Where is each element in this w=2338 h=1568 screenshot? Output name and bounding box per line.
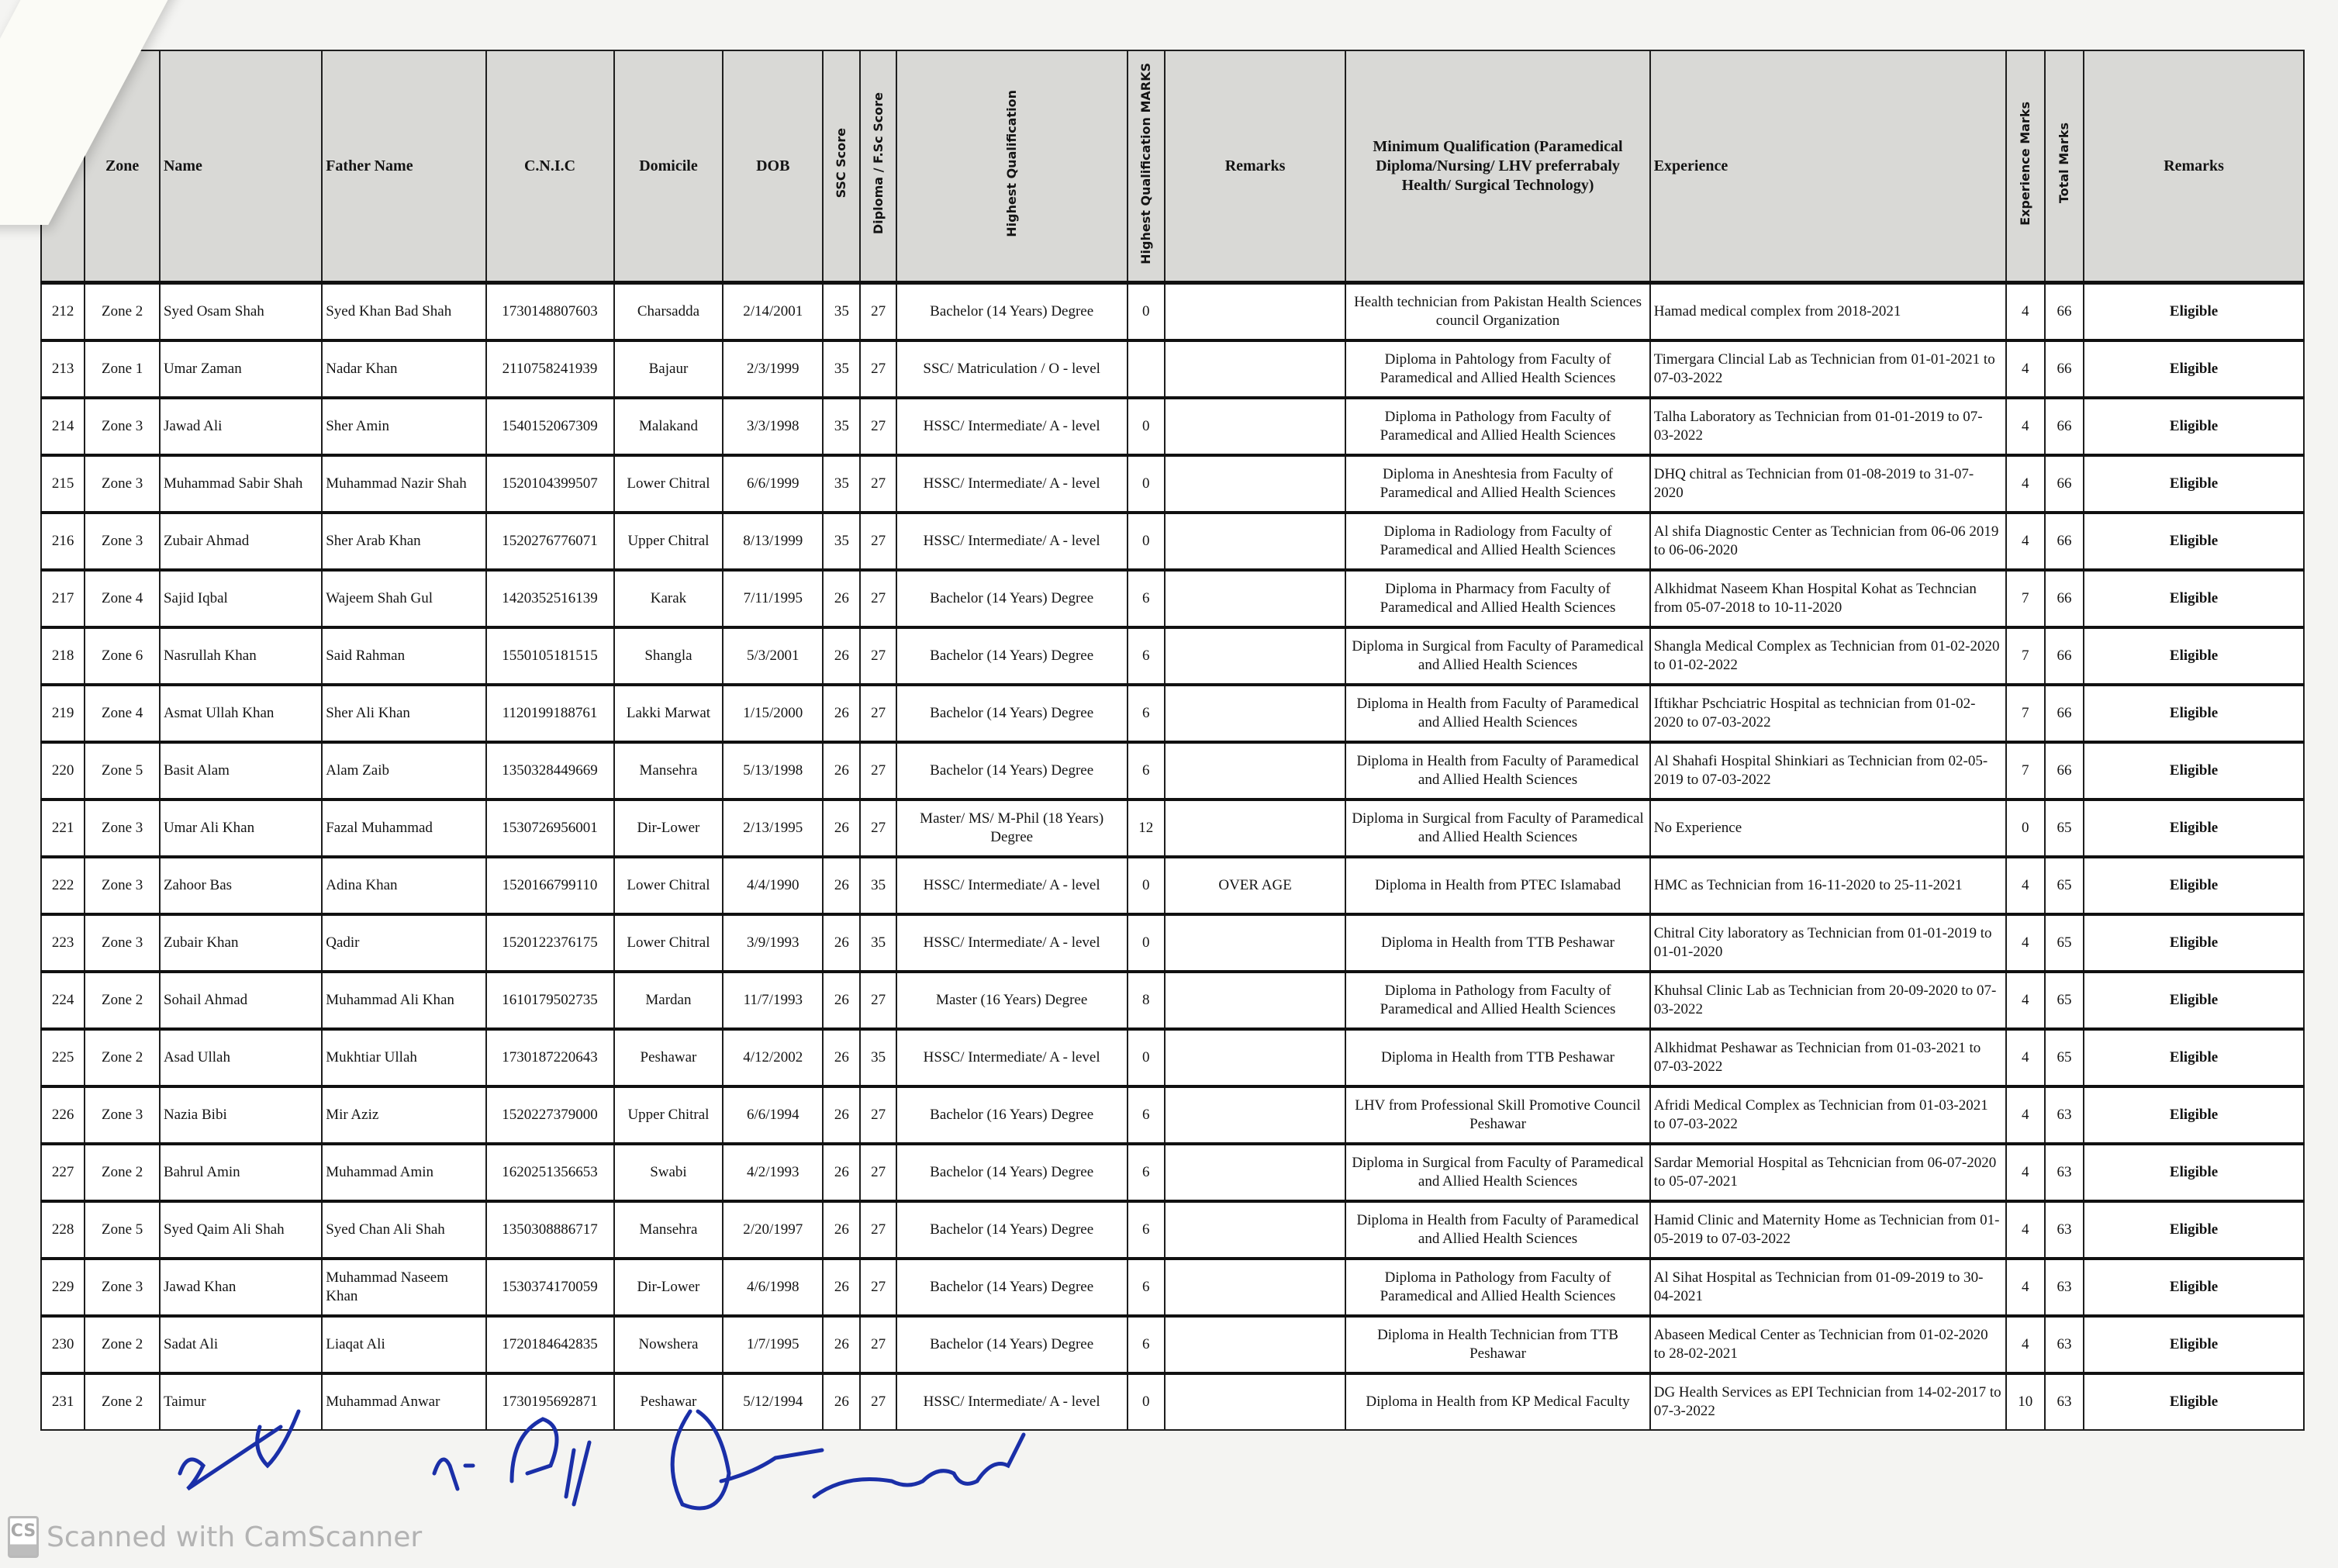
cell-name: Taimur	[160, 1373, 322, 1430]
table-row: 225Zone 2Asad UllahMukhtiar Ullah1730187…	[41, 1029, 2304, 1086]
cell-name: Asmat Ullah Khan	[160, 685, 322, 742]
cell-diploma-score: 27	[860, 742, 896, 800]
cell-remarks-1	[1165, 1201, 1345, 1259]
cell-domicile: Mansehra	[614, 1201, 724, 1259]
cell-father-name: Fazal Muhammad	[322, 800, 485, 857]
cell-hq-marks: 6	[1128, 1086, 1165, 1144]
cell-sno: 229	[41, 1259, 85, 1316]
cell-diploma-score: 27	[860, 1373, 896, 1430]
cell-hq-marks: 8	[1128, 972, 1165, 1029]
cell-dob: 4/2/1993	[723, 1144, 823, 1201]
cell-highest-qualification: Bachelor (14 Years) Degree	[896, 742, 1128, 800]
cell-domicile: Lower Chitral	[614, 455, 724, 513]
cell-sno: 214	[41, 398, 85, 455]
cell-sno: 213	[41, 340, 85, 398]
cell-diploma-score: 35	[860, 1029, 896, 1086]
header-diploma-fsc-score-label: Diploma / F.Sc Score	[871, 92, 886, 234]
cell-name: Sohail Ahmad	[160, 972, 322, 1029]
cell-experience-marks: 4	[2006, 398, 2045, 455]
cell-zone: Zone 2	[85, 972, 160, 1029]
cell-zone: Zone 3	[85, 857, 160, 914]
cell-cnic: 1120199188761	[486, 685, 614, 742]
cell-eligibility: Eligible	[2084, 398, 2304, 455]
cell-highest-qualification: HSSC/ Intermediate/ A - level	[896, 1029, 1128, 1086]
cell-minimum-qualification: Health technician from Pakistan Health S…	[1345, 283, 1649, 341]
cell-total-marks: 63	[2045, 1373, 2084, 1430]
cell-highest-qualification: Bachelor (14 Years) Degree	[896, 283, 1128, 341]
cell-ssc-score: 26	[823, 857, 860, 914]
cell-remarks-1	[1165, 685, 1345, 742]
header-experience-marks: Experience Marks	[2006, 50, 2045, 283]
cell-domicile: Peshawar	[614, 1373, 724, 1430]
cell-minimum-qualification: Diploma in Pahtology from Faculty of Par…	[1345, 340, 1649, 398]
header-cnic: C.N.I.C	[486, 50, 614, 283]
cell-cnic: 1610179502735	[486, 972, 614, 1029]
cell-cnic: 1520276776071	[486, 513, 614, 570]
cell-dob: 4/12/2002	[723, 1029, 823, 1086]
cell-highest-qualification: HSSC/ Intermediate/ A - level	[896, 398, 1128, 455]
cell-experience: Al shifa Diagnostic Center as Technician…	[1650, 513, 2006, 570]
cell-zone: Zone 6	[85, 627, 160, 685]
cell-domicile: Dir-Lower	[614, 1259, 724, 1316]
header-dob: DOB	[723, 50, 823, 283]
cell-hq-marks: 0	[1128, 1029, 1165, 1086]
header-highest-qualification-marks: Highest Qualification MARKS	[1128, 50, 1165, 283]
cell-zone: Zone 5	[85, 1201, 160, 1259]
cell-diploma-score: 27	[860, 283, 896, 341]
cell-sno: 219	[41, 685, 85, 742]
cell-ssc-score: 26	[823, 1373, 860, 1430]
cell-name: Nasrullah Khan	[160, 627, 322, 685]
cell-highest-qualification: Bachelor (14 Years) Degree	[896, 685, 1128, 742]
cell-total-marks: 63	[2045, 1201, 2084, 1259]
cell-ssc-score: 35	[823, 455, 860, 513]
cell-highest-qualification: Master/ MS/ M-Phil (18 Years) Degree	[896, 800, 1128, 857]
cell-cnic: 2110758241939	[486, 340, 614, 398]
cell-experience-marks: 7	[2006, 627, 2045, 685]
cell-zone: Zone 4	[85, 570, 160, 627]
cell-highest-qualification: HSSC/ Intermediate/ A - level	[896, 513, 1128, 570]
cell-experience: Al Sihat Hospital as Technician from 01-…	[1650, 1259, 2006, 1316]
table-row: 212Zone 2Syed Osam ShahSyed Khan Bad Sha…	[41, 283, 2304, 341]
header-experience: Experience	[1650, 50, 2006, 283]
cell-cnic: 1730187220643	[486, 1029, 614, 1086]
table-row: 230Zone 2Sadat AliLiaqat Ali172018464283…	[41, 1316, 2304, 1373]
cell-total-marks: 66	[2045, 455, 2084, 513]
cell-eligibility: Eligible	[2084, 1373, 2304, 1430]
cell-ssc-score: 26	[823, 1316, 860, 1373]
cell-experience-marks: 4	[2006, 1316, 2045, 1373]
cell-father-name: Mukhtiar Ullah	[322, 1029, 485, 1086]
cell-ssc-score: 35	[823, 513, 860, 570]
cell-father-name: Muhammad Naseem Khan	[322, 1259, 485, 1316]
cell-dob: 3/9/1993	[723, 914, 823, 972]
cell-highest-qualification: HSSC/ Intermediate/ A - level	[896, 857, 1128, 914]
cell-remarks-1	[1165, 1316, 1345, 1373]
cell-diploma-score: 35	[860, 914, 896, 972]
merit-list-table: S.No Zone Name Father Name C.N.I.C Domic…	[40, 50, 2305, 1431]
cell-total-marks: 63	[2045, 1259, 2084, 1316]
cell-highest-qualification: HSSC/ Intermediate/ A - level	[896, 455, 1128, 513]
cell-remarks-1	[1165, 283, 1345, 341]
cell-eligibility: Eligible	[2084, 570, 2304, 627]
cell-domicile: Bajaur	[614, 340, 724, 398]
cell-eligibility: Eligible	[2084, 1144, 2304, 1201]
cell-sno: 212	[41, 283, 85, 341]
cell-experience: Alkhidmat Peshawar as Technician from 01…	[1650, 1029, 2006, 1086]
cell-name: Asad Ullah	[160, 1029, 322, 1086]
cell-eligibility: Eligible	[2084, 1316, 2304, 1373]
cell-hq-marks: 6	[1128, 685, 1165, 742]
cell-highest-qualification: Bachelor (14 Years) Degree	[896, 1316, 1128, 1373]
cell-dob: 11/7/1993	[723, 972, 823, 1029]
cell-highest-qualification: Bachelor (14 Years) Degree	[896, 570, 1128, 627]
cell-eligibility: Eligible	[2084, 914, 2304, 972]
cell-dob: 2/20/1997	[723, 1201, 823, 1259]
cell-cnic: 1530374170059	[486, 1259, 614, 1316]
cell-diploma-score: 27	[860, 1144, 896, 1201]
table-row: 217Zone 4Sajid IqbalWajeem Shah Gul14203…	[41, 570, 2304, 627]
cell-diploma-score: 27	[860, 1086, 896, 1144]
cell-total-marks: 66	[2045, 513, 2084, 570]
cell-highest-qualification: HSSC/ Intermediate/ A - level	[896, 914, 1128, 972]
cell-zone: Zone 3	[85, 914, 160, 972]
cell-remarks-1	[1165, 914, 1345, 972]
cell-total-marks: 65	[2045, 914, 2084, 972]
cell-eligibility: Eligible	[2084, 685, 2304, 742]
header-total-marks: Total Marks	[2045, 50, 2084, 283]
cell-zone: Zone 3	[85, 1086, 160, 1144]
cell-minimum-qualification: Diploma in Pathology from Faculty of Par…	[1345, 1259, 1649, 1316]
table-body: 212Zone 2Syed Osam ShahSyed Khan Bad Sha…	[41, 283, 2304, 1431]
header-father-name: Father Name	[322, 50, 485, 283]
cell-cnic: 1720184642835	[486, 1316, 614, 1373]
cell-zone: Zone 3	[85, 398, 160, 455]
cell-father-name: Wajeem Shah Gul	[322, 570, 485, 627]
cell-experience: Shangla Medical Complex as Technician fr…	[1650, 627, 2006, 685]
cell-highest-qualification: Bachelor (14 Years) Degree	[896, 627, 1128, 685]
cell-cnic: 1520122376175	[486, 914, 614, 972]
cell-hq-marks: 6	[1128, 742, 1165, 800]
cell-dob: 4/6/1998	[723, 1259, 823, 1316]
cell-hq-marks: 6	[1128, 1201, 1165, 1259]
cell-eligibility: Eligible	[2084, 857, 2304, 914]
cell-dob: 5/3/2001	[723, 627, 823, 685]
cell-experience-marks: 4	[2006, 1201, 2045, 1259]
cell-sno: 215	[41, 455, 85, 513]
cell-dob: 5/12/1994	[723, 1373, 823, 1430]
cell-father-name: Mir Aziz	[322, 1086, 485, 1144]
cell-cnic: 1520166799110	[486, 857, 614, 914]
cell-experience: Hamid Clinic and Maternity Home as Techn…	[1650, 1201, 2006, 1259]
cell-remarks-1	[1165, 398, 1345, 455]
cell-remarks-1	[1165, 340, 1345, 398]
cell-hq-marks: 6	[1128, 1316, 1165, 1373]
cell-domicile: Lakki Marwat	[614, 685, 724, 742]
cell-highest-qualification: Bachelor (14 Years) Degree	[896, 1201, 1128, 1259]
cell-zone: Zone 3	[85, 800, 160, 857]
cell-experience-marks: 4	[2006, 972, 2045, 1029]
cell-total-marks: 66	[2045, 340, 2084, 398]
header-minimum-qualification: Minimum Qualification (Paramedical Diplo…	[1345, 50, 1649, 283]
cell-experience: Abaseen Medical Center as Technician fro…	[1650, 1316, 2006, 1373]
cell-remarks-1	[1165, 570, 1345, 627]
cell-experience-marks: 7	[2006, 742, 2045, 800]
cell-zone: Zone 1	[85, 340, 160, 398]
cell-cnic: 1540152067309	[486, 398, 614, 455]
table-row: 221Zone 3Umar Ali KhanFazal Muhammad1530…	[41, 800, 2304, 857]
cell-domicile: Dir-Lower	[614, 800, 724, 857]
table-row: 222Zone 3Zahoor BasAdina Khan15201667991…	[41, 857, 2304, 914]
header-highest-qualification-label: Highest Qualification	[1004, 90, 1020, 237]
cell-zone: Zone 2	[85, 283, 160, 341]
cell-remarks-1	[1165, 1373, 1345, 1430]
cell-name: Zahoor Bas	[160, 857, 322, 914]
cell-total-marks: 66	[2045, 398, 2084, 455]
cell-cnic: 1420352516139	[486, 570, 614, 627]
table-row: 223Zone 3Zubair KhanQadir1520122376175Lo…	[41, 914, 2304, 972]
cell-total-marks: 66	[2045, 742, 2084, 800]
table-row: 215Zone 3Muhammad Sabir ShahMuhammad Naz…	[41, 455, 2304, 513]
cell-eligibility: Eligible	[2084, 513, 2304, 570]
cell-cnic: 1620251356653	[486, 1144, 614, 1201]
cell-hq-marks: 0	[1128, 857, 1165, 914]
cell-zone: Zone 3	[85, 455, 160, 513]
cell-father-name: Syed Chan Ali Shah	[322, 1201, 485, 1259]
cell-dob: 2/3/1999	[723, 340, 823, 398]
cell-cnic: 1350308886717	[486, 1201, 614, 1259]
cell-experience: Talha Laboratory as Technician from 01-0…	[1650, 398, 2006, 455]
cell-name: Bahrul Amin	[160, 1144, 322, 1201]
cell-remarks-1	[1165, 513, 1345, 570]
cell-domicile: Peshawar	[614, 1029, 724, 1086]
cell-remarks-1	[1165, 1086, 1345, 1144]
header-remarks-2: Remarks	[2084, 50, 2304, 283]
cell-domicile: Upper Chitral	[614, 513, 724, 570]
header-name: Name	[160, 50, 322, 283]
cell-experience: No Experience	[1650, 800, 2006, 857]
cell-father-name: Muhammad Nazir Shah	[322, 455, 485, 513]
cell-minimum-qualification: Diploma in Health from Faculty of Parame…	[1345, 685, 1649, 742]
cell-diploma-score: 27	[860, 340, 896, 398]
cell-minimum-qualification: Diploma in Health from TTB Peshawar	[1345, 1029, 1649, 1086]
cell-experience: Al Shahafi Hospital Shinkiari as Technic…	[1650, 742, 2006, 800]
table-row: 224Zone 2Sohail AhmadMuhammad Ali Khan16…	[41, 972, 2304, 1029]
table-row: 213Zone 1Umar ZamanNadar Khan21107582419…	[41, 340, 2304, 398]
cell-minimum-qualification: Diploma in Surgical from Faculty of Para…	[1345, 1144, 1649, 1201]
cell-minimum-qualification: Diploma in Health from Faculty of Parame…	[1345, 742, 1649, 800]
cell-name: Sadat Ali	[160, 1316, 322, 1373]
cell-minimum-qualification: Diploma in Pathology from Faculty of Par…	[1345, 398, 1649, 455]
cell-experience-marks: 4	[2006, 513, 2045, 570]
table-row: 218Zone 6Nasrullah KhanSaid Rahman155010…	[41, 627, 2304, 685]
cell-dob: 5/13/1998	[723, 742, 823, 800]
cell-experience: Afridi Medical Complex as Technician fro…	[1650, 1086, 2006, 1144]
cell-dob: 1/7/1995	[723, 1316, 823, 1373]
cell-sno: 217	[41, 570, 85, 627]
cell-ssc-score: 26	[823, 742, 860, 800]
cell-domicile: Swabi	[614, 1144, 724, 1201]
cell-experience-marks: 10	[2006, 1373, 2045, 1430]
cell-diploma-score: 27	[860, 570, 896, 627]
cell-experience-marks: 0	[2006, 800, 2045, 857]
cell-minimum-qualification: Diploma in Pathology from Faculty of Par…	[1345, 972, 1649, 1029]
cell-sno: 231	[41, 1373, 85, 1430]
cell-remarks-1	[1165, 742, 1345, 800]
cell-domicile: Lower Chitral	[614, 914, 724, 972]
cell-domicile: Mansehra	[614, 742, 724, 800]
cell-remarks-1	[1165, 1144, 1345, 1201]
cell-hq-marks: 6	[1128, 1144, 1165, 1201]
cell-highest-qualification: SSC/ Matriculation / O - level	[896, 340, 1128, 398]
signature-4	[814, 1435, 1024, 1497]
cell-experience-marks: 4	[2006, 455, 2045, 513]
cell-cnic: 1350328449669	[486, 742, 614, 800]
cell-name: Syed Osam Shah	[160, 283, 322, 341]
cell-sno: 228	[41, 1201, 85, 1259]
cell-dob: 1/15/2000	[723, 685, 823, 742]
cell-domicile: Karak	[614, 570, 724, 627]
cell-minimum-qualification: Diploma in Health from Faculty of Parame…	[1345, 1201, 1649, 1259]
cell-domicile: Nowshera	[614, 1316, 724, 1373]
cell-zone: Zone 4	[85, 685, 160, 742]
cell-father-name: Adina Khan	[322, 857, 485, 914]
cell-hq-marks: 0	[1128, 513, 1165, 570]
cell-father-name: Sher Amin	[322, 398, 485, 455]
cell-name: Umar Ali Khan	[160, 800, 322, 857]
cell-total-marks: 65	[2045, 972, 2084, 1029]
cell-name: Sajid Iqbal	[160, 570, 322, 627]
cell-father-name: Liaqat Ali	[322, 1316, 485, 1373]
cell-father-name: Muhammad Anwar	[322, 1373, 485, 1430]
cell-domicile: Charsadda	[614, 283, 724, 341]
cell-experience: Iftikhar Pschciatric Hospital as technic…	[1650, 685, 2006, 742]
cell-sno: 225	[41, 1029, 85, 1086]
cell-hq-marks	[1128, 340, 1165, 398]
cell-sno: 226	[41, 1086, 85, 1144]
cell-father-name: Muhammad Amin	[322, 1144, 485, 1201]
cell-zone: Zone 2	[85, 1144, 160, 1201]
cell-hq-marks: 6	[1128, 1259, 1165, 1316]
cell-sno: 221	[41, 800, 85, 857]
cell-hq-marks: 12	[1128, 800, 1165, 857]
cell-ssc-score: 26	[823, 570, 860, 627]
cell-total-marks: 65	[2045, 1029, 2084, 1086]
cell-hq-marks: 6	[1128, 570, 1165, 627]
cell-father-name: Said Rahman	[322, 627, 485, 685]
cell-ssc-score: 26	[823, 800, 860, 857]
cell-diploma-score: 27	[860, 972, 896, 1029]
cell-ssc-score: 26	[823, 1259, 860, 1316]
camscanner-logo-icon: CS	[8, 1516, 39, 1558]
cell-ssc-score: 35	[823, 340, 860, 398]
cell-eligibility: Eligible	[2084, 455, 2304, 513]
cell-experience-marks: 4	[2006, 340, 2045, 398]
cell-minimum-qualification: Diploma in Aneshtesia from Faculty of Pa…	[1345, 455, 1649, 513]
cell-diploma-score: 27	[860, 398, 896, 455]
table-row: 219Zone 4Asmat Ullah KhanSher Ali Khan11…	[41, 685, 2304, 742]
cell-experience-marks: 4	[2006, 1086, 2045, 1144]
cell-minimum-qualification: Diploma in Health from KP Medical Facult…	[1345, 1373, 1649, 1430]
cell-minimum-qualification: LHV from Professional Skill Promotive Co…	[1345, 1086, 1649, 1144]
table-row: 231Zone 2TaimurMuhammad Anwar17301956928…	[41, 1373, 2304, 1430]
camscanner-watermark: CS Scanned with CamScanner	[8, 1516, 422, 1558]
cell-cnic: 1520104399507	[486, 455, 614, 513]
cell-ssc-score: 26	[823, 1201, 860, 1259]
cell-eligibility: Eligible	[2084, 800, 2304, 857]
cell-diploma-score: 27	[860, 513, 896, 570]
cell-sno: 222	[41, 857, 85, 914]
cell-total-marks: 66	[2045, 283, 2084, 341]
watermark-text: Scanned with CamScanner	[47, 1521, 422, 1553]
cell-eligibility: Eligible	[2084, 1086, 2304, 1144]
cell-zone: Zone 2	[85, 1373, 160, 1430]
cell-experience: Timergara Clincial Lab as Technician fro…	[1650, 340, 2006, 398]
cell-hq-marks: 0	[1128, 1373, 1165, 1430]
cell-father-name: Qadir	[322, 914, 485, 972]
cell-experience-marks: 4	[2006, 1144, 2045, 1201]
cell-experience: Hamad medical complex from 2018-2021	[1650, 283, 2006, 341]
cell-zone: Zone 2	[85, 1316, 160, 1373]
cell-diploma-score: 27	[860, 685, 896, 742]
cell-father-name: Nadar Khan	[322, 340, 485, 398]
cell-diploma-score: 35	[860, 857, 896, 914]
cell-minimum-qualification: Diploma in Health from PTEC Islamabad	[1345, 857, 1649, 914]
header-domicile: Domicile	[614, 50, 724, 283]
cell-name: Zubair Ahmad	[160, 513, 322, 570]
cell-minimum-qualification: Diploma in Surgical from Faculty of Para…	[1345, 627, 1649, 685]
cell-ssc-score: 26	[823, 1144, 860, 1201]
table-row: 226Zone 3Nazia BibiMir Aziz1520227379000…	[41, 1086, 2304, 1144]
cell-hq-marks: 0	[1128, 398, 1165, 455]
cell-hq-marks: 0	[1128, 914, 1165, 972]
signature-2	[434, 1419, 589, 1504]
cell-minimum-qualification: Diploma in Health from TTB Peshawar	[1345, 914, 1649, 972]
header-ssc-score-label: SSC Score	[834, 128, 849, 198]
cell-diploma-score: 27	[860, 1201, 896, 1259]
cell-remarks-1: OVER AGE	[1165, 857, 1345, 914]
cell-dob: 6/6/1994	[723, 1086, 823, 1144]
cell-zone: Zone 3	[85, 513, 160, 570]
cell-sno: 230	[41, 1316, 85, 1373]
cell-ssc-score: 26	[823, 627, 860, 685]
cell-name: Muhammad Sabir Shah	[160, 455, 322, 513]
cell-name: Syed Qaim Ali Shah	[160, 1201, 322, 1259]
cell-father-name: Muhammad Ali Khan	[322, 972, 485, 1029]
cell-domicile: Malakand	[614, 398, 724, 455]
cell-ssc-score: 26	[823, 1086, 860, 1144]
cell-zone: Zone 3	[85, 1259, 160, 1316]
cell-experience-marks: 7	[2006, 570, 2045, 627]
cell-experience: Chitral City laboratory as Technician fr…	[1650, 914, 2006, 972]
header-experience-marks-label: Experience Marks	[2018, 102, 2033, 226]
cell-domicile: Mardan	[614, 972, 724, 1029]
header-highest-qualification-marks-label: Highest Qualification MARKS	[1138, 63, 1154, 264]
cell-experience: HMC as Technician from 16-11-2020 to 25-…	[1650, 857, 2006, 914]
cell-eligibility: Eligible	[2084, 340, 2304, 398]
cell-experience: Alkhidmat Naseem Khan Hospital Kohat as …	[1650, 570, 2006, 627]
cell-cnic: 1520227379000	[486, 1086, 614, 1144]
cell-dob: 7/11/1995	[723, 570, 823, 627]
table-row: 228Zone 5Syed Qaim Ali ShahSyed Chan Ali…	[41, 1201, 2304, 1259]
cell-dob: 2/14/2001	[723, 283, 823, 341]
cell-experience-marks: 4	[2006, 914, 2045, 972]
header-highest-qualification: Highest Qualification	[896, 50, 1128, 283]
cell-father-name: Syed Khan Bad Shah	[322, 283, 485, 341]
cell-hq-marks: 0	[1128, 283, 1165, 341]
cell-diploma-score: 27	[860, 800, 896, 857]
table-row: 214Zone 3Jawad AliSher Amin1540152067309…	[41, 398, 2304, 455]
